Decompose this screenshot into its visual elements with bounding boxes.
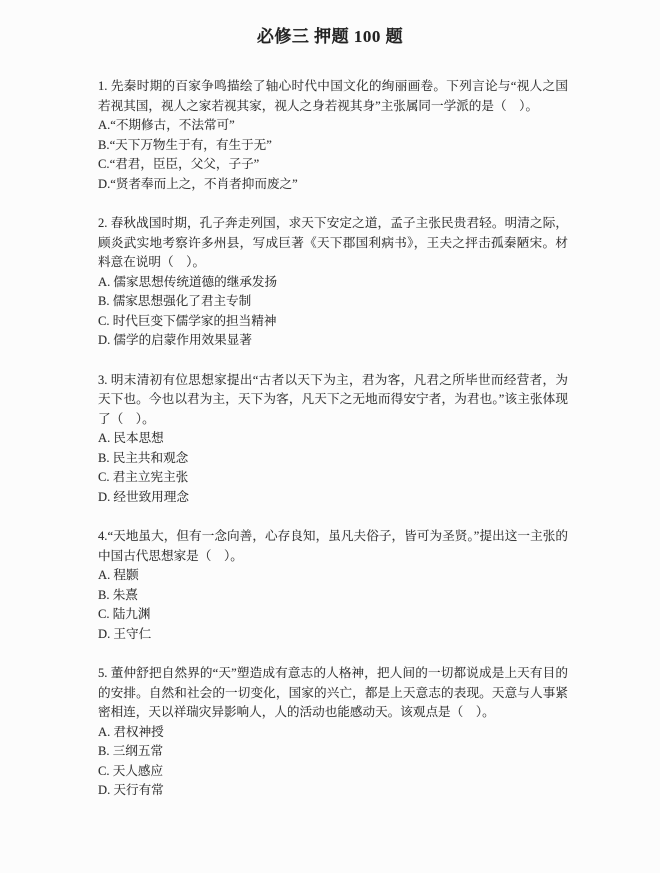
document-page: 必修三 押题 100 题 1. 先秦时期的百家争鸣描绘了轴心时代中国文化的绚丽画… xyxy=(0,0,660,873)
option-text: 经世致用理念 xyxy=(110,490,189,504)
question-1-option-b: B.“天下万物生于有，有生于无” xyxy=(98,136,568,156)
option-label: B. xyxy=(98,588,110,602)
question-2-text: 春秋战国时期，孔子奔走列国，求天下安定之道，孟子主张民贵君轻。明清之际，顾炎武实… xyxy=(98,216,568,269)
option-text: 时代巨变下儒学家的担当精神 xyxy=(110,314,277,328)
option-text: 陆九渊 xyxy=(110,607,151,621)
question-3-option-c: C. 君主立宪主张 xyxy=(98,468,568,488)
option-label: D. xyxy=(98,783,110,797)
option-text: 儒学的启蒙作用效果显著 xyxy=(110,333,252,347)
question-3-option-b: B. 民主共和观念 xyxy=(98,449,568,469)
question-2-stem: 2. 春秋战国时期，孔子奔走列国，求天下安定之道，孟子主张民贵君轻。明清之际，顾… xyxy=(98,214,568,273)
option-text: 儒家思想强化了君主专制 xyxy=(110,294,252,308)
option-label: D. xyxy=(98,627,110,641)
question-5-text: 董仲舒把自然界的“天”塑造成有意志的人格神，把人间的一切都说成是上天有目的的安排… xyxy=(98,666,568,719)
option-label: A. xyxy=(98,275,110,289)
question-4-text: “天地虽大，但有一念向善，心存良知，虽凡夫俗子，皆可为圣贤。”提出这一主张的中国… xyxy=(98,529,568,563)
question-2-option-b: B. 儒家思想强化了君主专制 xyxy=(98,292,568,312)
question-1-option-a: A.“不期修古，不法常可” xyxy=(98,116,568,136)
option-label: D. xyxy=(98,177,110,191)
question-5-option-c: C. 天人感应 xyxy=(98,762,568,782)
question-5-option-a: A. 君权神授 xyxy=(98,723,568,743)
question-2-option-a: A. 儒家思想传统道德的继承发扬 xyxy=(98,273,568,293)
option-label: A. xyxy=(98,431,110,445)
option-label: C. xyxy=(98,607,110,621)
option-label: A. xyxy=(98,118,110,132)
option-text: 王守仁 xyxy=(110,627,151,641)
question-5-option-d: D. 天行有常 xyxy=(98,781,568,801)
option-label: B. xyxy=(98,744,110,758)
question-4-option-d: D. 王守仁 xyxy=(98,625,568,645)
question-1-text: 先秦时期的百家争鸣描绘了轴心时代中国文化的绚丽画卷。下列言论与“视人之国若视其国… xyxy=(98,79,568,113)
question-2-option-c: C. 时代巨变下儒学家的担当精神 xyxy=(98,312,568,332)
document-title: 必修三 押题 100 题 xyxy=(0,0,660,47)
option-text: 三纲五常 xyxy=(110,744,164,758)
question-5: 5. 董仲舒把自然界的“天”塑造成有意志的人格神，把人间的一切都说成是上天有目的… xyxy=(98,664,568,801)
option-label: B. xyxy=(98,294,110,308)
option-text: 天人感应 xyxy=(110,764,164,778)
question-5-option-b: B. 三纲五常 xyxy=(98,742,568,762)
option-label: D. xyxy=(98,333,110,347)
question-2-option-d: D. 儒学的启蒙作用效果显著 xyxy=(98,331,568,351)
option-text: 民主共和观念 xyxy=(110,451,189,465)
question-4-stem: 4.“天地虽大，但有一念向善，心存良知，虽凡夫俗子，皆可为圣贤。”提出这一主张的… xyxy=(98,527,568,566)
option-label: A. xyxy=(98,568,110,582)
option-label: C. xyxy=(98,157,110,171)
question-3: 3. 明末清初有位思想家提出“古者以天下为主，君为客，凡君之所毕世而经营者，为天… xyxy=(98,371,568,508)
option-label: B. xyxy=(98,451,110,465)
question-5-stem: 5. 董仲舒把自然界的“天”塑造成有意志的人格神，把人间的一切都说成是上天有目的… xyxy=(98,664,568,723)
option-text: 程颢 xyxy=(110,568,138,582)
question-3-stem: 3. 明末清初有位思想家提出“古者以天下为主，君为客，凡君之所毕世而经营者，为天… xyxy=(98,371,568,430)
option-text: “天下万物生于有，有生于无” xyxy=(110,138,272,152)
question-1-option-d: D.“贤者奉而上之，不肖者抑而废之” xyxy=(98,175,568,195)
option-text: 民本思想 xyxy=(110,431,164,445)
option-label: A. xyxy=(98,725,110,739)
option-text: 朱熹 xyxy=(110,588,138,602)
option-label: C. xyxy=(98,470,110,484)
option-text: 君权神授 xyxy=(110,725,164,739)
question-4-option-a: A. 程颢 xyxy=(98,566,568,586)
option-text: 君主立宪主张 xyxy=(110,470,189,484)
option-text: 天行有常 xyxy=(110,783,164,797)
option-label: C. xyxy=(98,764,110,778)
option-label: B. xyxy=(98,138,110,152)
question-3-option-d: D. 经世致用理念 xyxy=(98,488,568,508)
option-text: “贤者奉而上之，不肖者抑而废之” xyxy=(110,177,298,191)
questions-list: 1. 先秦时期的百家争鸣描绘了轴心时代中国文化的绚丽画卷。下列言论与“视人之国若… xyxy=(98,77,568,801)
question-4-option-b: B. 朱熹 xyxy=(98,586,568,606)
question-4: 4.“天地虽大，但有一念向善，心存良知，虽凡夫俗子，皆可为圣贤。”提出这一主张的… xyxy=(98,527,568,644)
question-1: 1. 先秦时期的百家争鸣描绘了轴心时代中国文化的绚丽画卷。下列言论与“视人之国若… xyxy=(98,77,568,194)
option-label: C. xyxy=(98,314,110,328)
question-3-option-a: A. 民本思想 xyxy=(98,429,568,449)
question-1-option-c: C.“君君，臣臣，父父，子子” xyxy=(98,155,568,175)
question-4-option-c: C. 陆九渊 xyxy=(98,605,568,625)
question-1-stem: 1. 先秦时期的百家争鸣描绘了轴心时代中国文化的绚丽画卷。下列言论与“视人之国若… xyxy=(98,77,568,116)
question-3-text: 明末清初有位思想家提出“古者以天下为主，君为客，凡君之所毕世而经营者，为天下也。… xyxy=(98,373,568,426)
option-label: D. xyxy=(98,490,110,504)
option-text: “不期修古，不法常可” xyxy=(110,118,235,132)
question-2: 2. 春秋战国时期，孔子奔走列国，求天下安定之道，孟子主张民贵君轻。明清之际，顾… xyxy=(98,214,568,351)
option-text: “君君，臣臣，父父，子子” xyxy=(110,157,260,171)
option-text: 儒家思想传统道德的继承发扬 xyxy=(110,275,277,289)
